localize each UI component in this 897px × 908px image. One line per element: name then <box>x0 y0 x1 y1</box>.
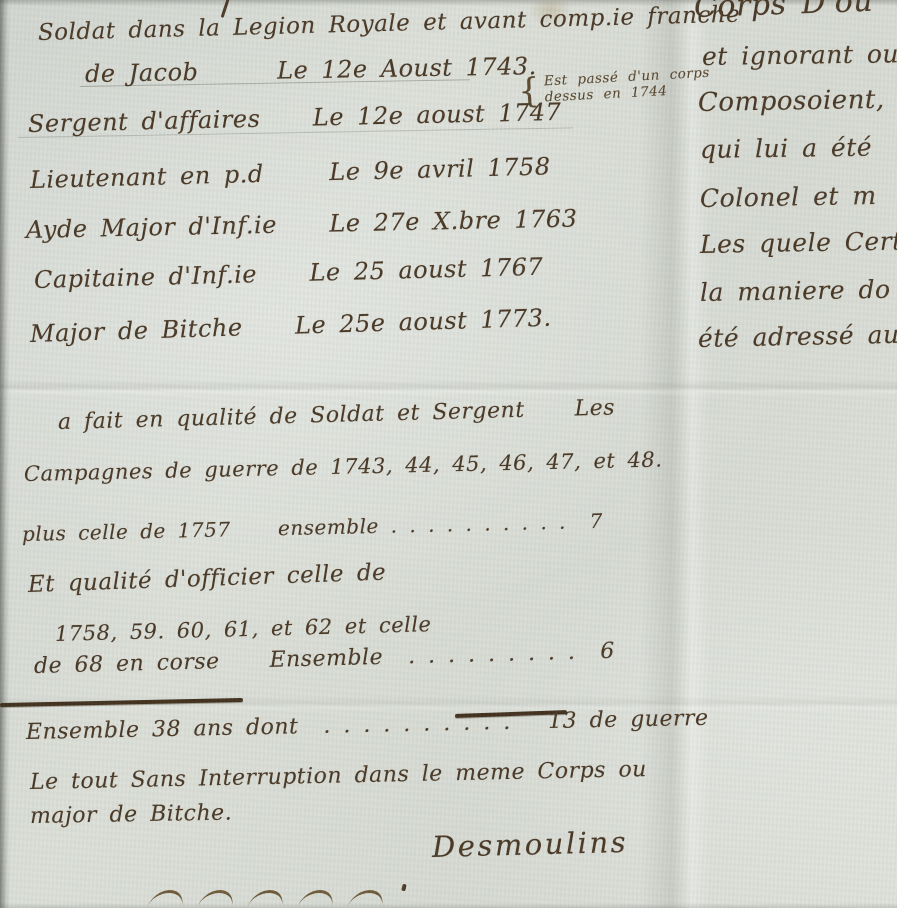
cutoff-line-strokes <box>150 890 630 908</box>
signature: Desmoulins <box>432 825 629 864</box>
rank-line-soldat-date: de Jacob Le 12e Aoust 1743. <box>85 52 537 88</box>
right-col-line-4: qui lui a été <box>700 133 872 164</box>
right-col-line-1: Corps D'ou <box>693 0 873 25</box>
rank-line-major: Major de Bitche Le 25e aoust 1773. <box>30 304 552 348</box>
officer-years-line: 1758, 59. 60, 61, et 62 et celle <box>55 612 432 646</box>
cutoff-stroke <box>197 890 237 908</box>
right-col-line-2: et ignorant ou <box>702 39 897 71</box>
no-interruption-line: Le tout Sans Interruption dans le meme C… <box>30 757 647 795</box>
cutoff-stroke <box>247 890 287 908</box>
horizontal-fold-crease-upper <box>0 380 897 396</box>
rank-line-soldat: Soldat dans la Legion Royale et avant co… <box>38 2 741 46</box>
right-col-line-8: été adressé au <box>698 320 897 353</box>
right-col-line-6: Les quele Certif <box>700 226 897 259</box>
cutoff-stroke <box>347 890 387 908</box>
campaigns-1757-total: plus celle de 1757 ensemble . . . . . . … <box>22 509 603 546</box>
cutoff-stroke <box>297 890 337 908</box>
rank-line-lieutenant: Lieutenant en p.d Le 9e avril 1758 <box>30 152 551 194</box>
right-col-line-7: la maniere do <box>700 275 891 307</box>
paper-edge-shadow-left <box>0 0 10 908</box>
rank-line-aide-major: Ayde Major d'Inf.ie Le 27e X.bre 1763 <box>26 204 578 244</box>
major-de-bitche-line: major de Bitche. <box>30 800 233 829</box>
campaigns-intro-line: a fait en qualité de Soldat et Sergent L… <box>58 395 616 435</box>
right-col-line-3: Composoient, <box>698 85 885 118</box>
officer-corse-total: de 68 en corse Ensemble . . . . . . . . … <box>34 639 615 679</box>
manuscript-page: Soldat dans la Legion Royale et avant co… <box>0 0 897 908</box>
right-col-line-5: Colonel et m <box>700 181 877 213</box>
rank-line-capitaine: Capitaine d'Inf.ie Le 25 aoust 1767 <box>34 253 544 294</box>
campaigns-years-line: Campagnes de guerre de 1743, 44, 45, 46,… <box>24 448 663 486</box>
officer-campaigns-intro: Et qualité d'officier celle de <box>28 560 387 598</box>
cutoff-stroke <box>147 890 187 908</box>
